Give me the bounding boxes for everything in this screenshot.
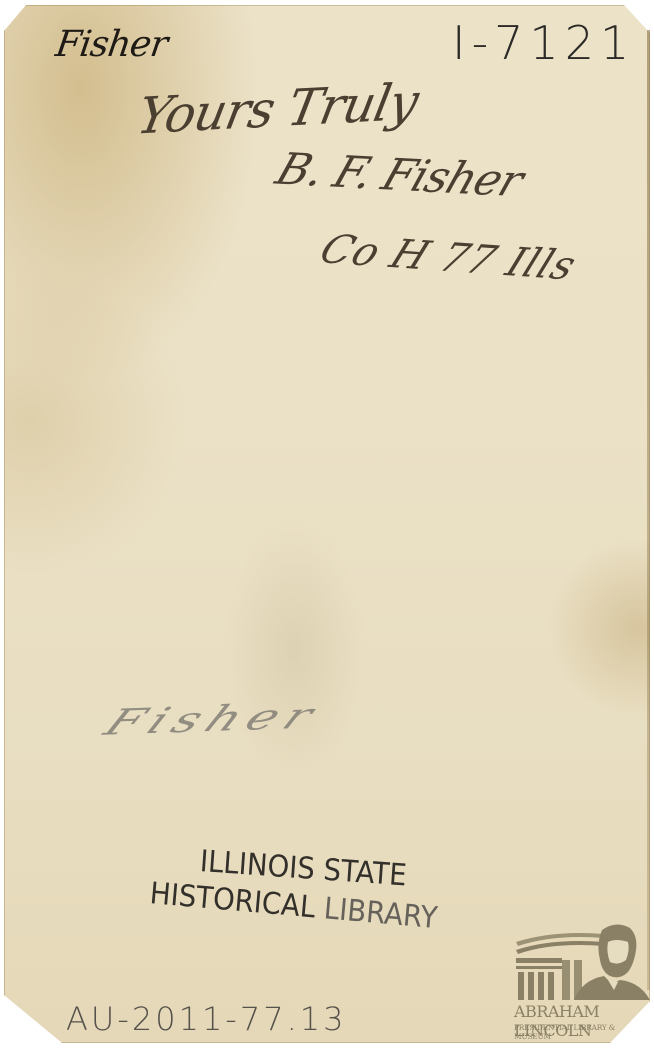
pencil-note: Fisher [97, 695, 329, 744]
accession-number: AU-2011-77.13 [66, 1000, 346, 1038]
catalog-number: I-7121 [452, 16, 635, 70]
logo-subtitle: PRESIDENTIAL LIBRARY & MUSEUM [514, 1023, 654, 1041]
lincoln-portrait-building-icon [512, 920, 654, 1002]
card-edge-shadow [647, 30, 650, 990]
alplm-watermark-logo: ABRAHAM LINCOLN PRESIDENTIAL LIBRARY & M… [512, 920, 654, 1040]
handwritten-surname: Fisher [53, 24, 169, 65]
